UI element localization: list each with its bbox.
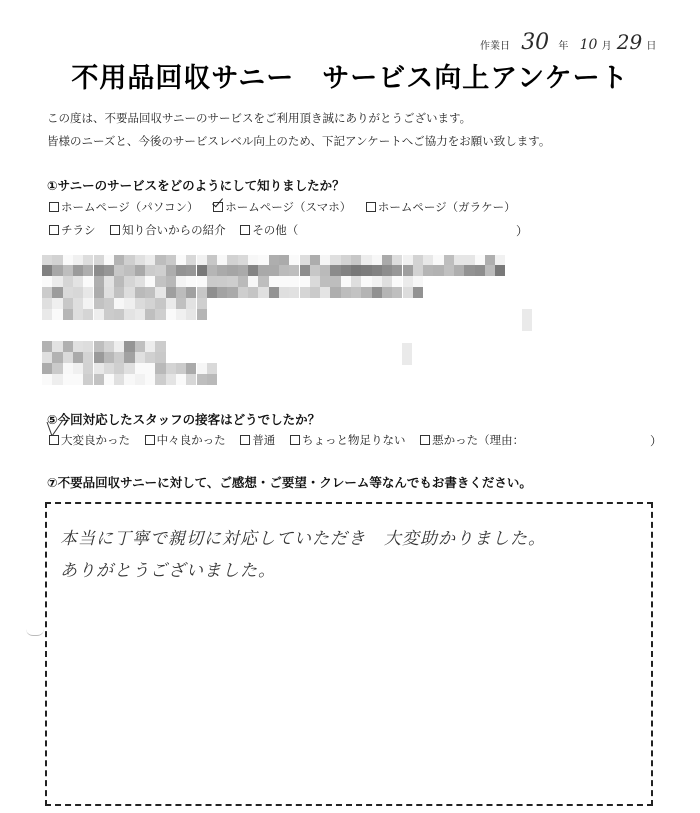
intro-line-1: この度は、不要品回収サニーのサービスをご利用頂き誠にありがとうございます。 (47, 110, 471, 126)
q5-reason-close-paren: ） (650, 432, 662, 449)
question-1-heading: ①サニーのサービスをどのようにして知りましたか？ (47, 176, 345, 194)
question-5-heading: ⑤今回対応したスタッフの接客はどうでしたか？ (47, 410, 320, 428)
checkbox[interactable] (240, 225, 250, 235)
q1-option-referral[interactable]: 知り合いからの紹介 (110, 222, 226, 238)
q1-option-flyer[interactable]: チラシ (49, 222, 96, 238)
q1-option-smartphone[interactable]: ホームページ（スマホ） (213, 199, 351, 215)
question-7-heading: ⑦不要品回収サニーに対して、ご感想・ご要望・クレーム等なんでもお書きください。 (47, 473, 532, 491)
work-date-month: 10 (580, 37, 598, 53)
checkbox[interactable] (145, 435, 155, 445)
q5-option-good[interactable]: 中々良かった (145, 432, 226, 448)
option-label: 普通 (252, 432, 275, 448)
work-date-label: 作業日 (480, 37, 510, 52)
checkbox[interactable] (290, 435, 300, 445)
redacted-region (42, 255, 582, 390)
q5-option-lacking[interactable]: ちょっと物足りない (290, 432, 406, 448)
option-label: チラシ (61, 222, 96, 238)
option-label: ホームページ（パソコン） (61, 199, 199, 215)
q1-other-close-paren: ） (516, 222, 528, 239)
q5-option-bad[interactable]: 悪かった（理由： (420, 432, 524, 448)
q5-option-average[interactable]: 普通 (240, 432, 275, 448)
question-1-options-row-2: チラシ 知り合いからの紹介 その他（ (49, 222, 309, 238)
question-1-options-row-1: ホームページ（パソコン） ホームページ（スマホ） ホームページ（ガラケー） (49, 199, 527, 215)
question-5-options: 大変良かった 中々良かった 普通 ちょっと物足りない 悪かった（理由： (49, 432, 535, 448)
checkbox[interactable] (110, 225, 120, 235)
comment-answer-line-2: ありがとうございました。 (60, 556, 276, 581)
option-label: 知り合いからの紹介 (122, 222, 226, 238)
work-date-day: 29 (617, 30, 642, 54)
checkbox[interactable] (420, 435, 430, 445)
option-label: 中々良かった (157, 432, 226, 448)
checkbox[interactable] (49, 202, 59, 212)
option-label: ホームページ（ガラケー） (378, 199, 516, 215)
option-label: 悪かった（理由： (432, 432, 524, 448)
option-label: ちょっと物足りない (302, 432, 406, 448)
q1-option-feature-phone[interactable]: ホームページ（ガラケー） (366, 199, 516, 215)
work-date: 作業日 30 年 10 月 29 日 (480, 30, 656, 55)
page-title: 不用品回収サニー サービス向上アンケート (0, 56, 700, 95)
option-label: 大変良かった (61, 432, 130, 448)
q1-option-other[interactable]: その他（ (240, 222, 298, 238)
q5-option-very-good[interactable]: 大変良かった (49, 432, 130, 448)
option-label: ホームページ（スマホ） (225, 199, 351, 215)
work-date-year: 30 (521, 30, 549, 55)
year-label: 年 (558, 37, 568, 52)
checkbox[interactable] (49, 225, 59, 235)
scan-mark (26, 629, 44, 636)
checkbox[interactable] (366, 202, 376, 212)
checkbox-checked[interactable] (213, 202, 223, 212)
month-label: 月 (602, 37, 612, 52)
intro-line-2: 皆様のニーズと、今後のサービスレベル向上のため、下記アンケートへご協力をお願い致… (47, 133, 550, 149)
checkbox[interactable] (240, 435, 250, 445)
checkbox-checked[interactable] (49, 435, 59, 445)
option-label: その他（ (252, 222, 298, 238)
q1-option-pc[interactable]: ホームページ（パソコン） (49, 199, 199, 215)
day-label: 日 (646, 37, 656, 52)
comment-answer-line-1: 本当に丁寧で親切に対応していただき 大変助かりました。 (60, 524, 546, 549)
